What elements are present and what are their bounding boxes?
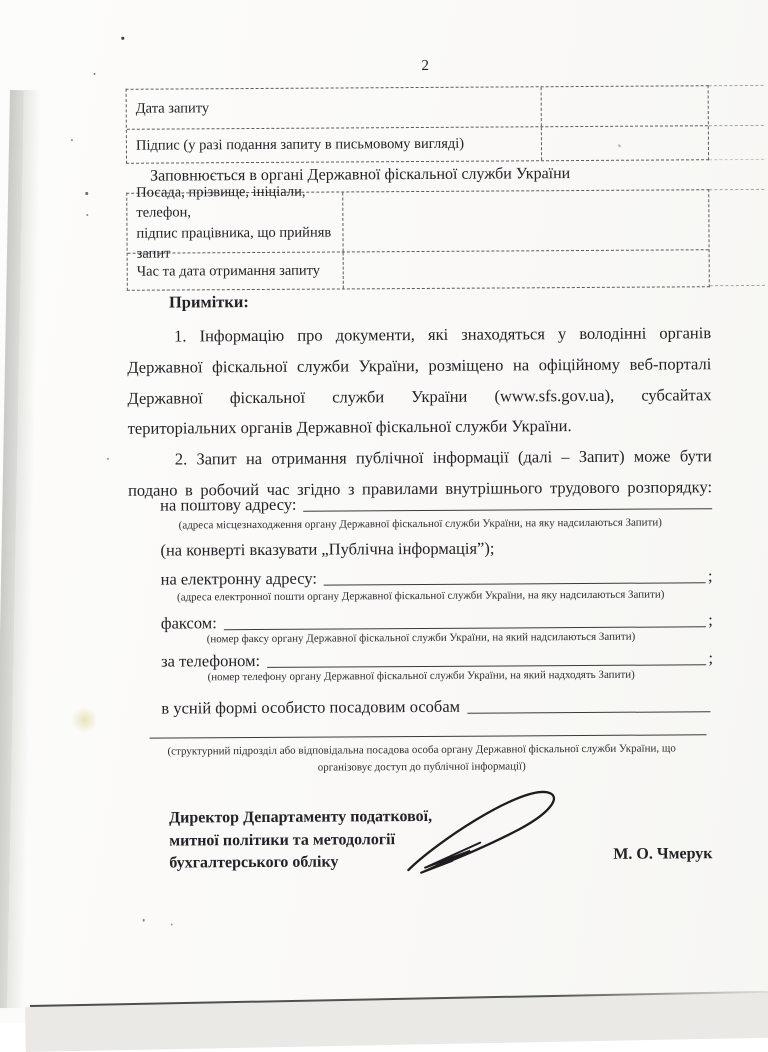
signature-label: Підпис (у разі подання запиту в письмово… bbox=[127, 127, 542, 163]
paragraph-line: Державної фіскальної служби України, роз… bbox=[127, 349, 711, 383]
paragraph-line: територіальних органів Державної фіскаль… bbox=[128, 411, 712, 445]
scan-speck bbox=[143, 919, 145, 922]
paper-stain bbox=[71, 707, 97, 733]
request-table: Дата запиту Підпис (у разі подання запит… bbox=[126, 85, 709, 164]
oral-form-blank-line bbox=[467, 711, 710, 713]
postal-address-label: на поштову адресу: bbox=[160, 495, 303, 516]
email-caption: (адреса електронної пошти органу Державн… bbox=[129, 586, 713, 607]
postal-address-row: на поштову адресу: bbox=[160, 490, 712, 515]
handwritten-signature bbox=[400, 781, 581, 882]
scan-speck bbox=[85, 192, 88, 195]
line-extension bbox=[709, 125, 764, 126]
postal-address-caption: (адреса місцезнаходження органу Державно… bbox=[128, 514, 712, 535]
fax-caption: (номер факсу органу Державної фіскальної… bbox=[129, 628, 713, 649]
signer-position: Директор Департаменту податкової, митної… bbox=[169, 806, 432, 875]
phone-caption: (номер телефону органу Державної фіскаль… bbox=[129, 666, 713, 687]
table-row: Час та дата отримання запиту bbox=[128, 249, 709, 290]
scan-speck bbox=[94, 73, 96, 75]
footer-caption-line: організовує доступ до публічної інформац… bbox=[130, 757, 714, 778]
scan-speck bbox=[86, 214, 88, 216]
scan-speck bbox=[107, 458, 109, 460]
envelope-note: (на конверті вказувати „Публічна інформа… bbox=[160, 539, 494, 561]
oral-form-row: в усній формі особисто посадовим особам bbox=[161, 693, 710, 718]
email-blank-line bbox=[324, 582, 706, 585]
line-extension bbox=[709, 159, 764, 160]
oral-form-label: в усній формі особисто посадовим особам bbox=[161, 697, 467, 719]
officer-info-value-cell bbox=[343, 190, 708, 251]
email-label: на електронну адресу: bbox=[161, 569, 324, 590]
scanned-page: 2 Дата запиту Підпис (у разі подання зап… bbox=[0, 0, 768, 1023]
receipt-datetime-line: Час та дата отримання запиту bbox=[137, 260, 337, 282]
paragraph-line: 2. Запит на отримання публічної інформац… bbox=[128, 441, 712, 475]
page-number: 2 bbox=[421, 58, 429, 75]
scan-speck bbox=[121, 37, 124, 40]
footer-rule bbox=[150, 734, 707, 738]
scan-speck bbox=[71, 139, 73, 141]
table-row: Дата запиту bbox=[127, 86, 708, 129]
page-content: 2 Дата запиту Підпис (у разі подання зап… bbox=[0, 0, 768, 1023]
footer-caption-line: (структурний підрозділ або відповідальна… bbox=[130, 740, 714, 761]
paragraph-line: 1. Інформацію про документи, які знаходя… bbox=[127, 318, 711, 352]
officer-info-label: Посада, прізвище, ініціали, телефон, під… bbox=[127, 192, 343, 252]
officer-info-line1: Посада, прізвище, ініціали, телефон, bbox=[136, 181, 336, 223]
notes-heading: Примітки: bbox=[169, 292, 249, 312]
postal-address-blank-line bbox=[304, 508, 713, 511]
scan-speck bbox=[171, 924, 173, 926]
email-semicolon: ; bbox=[706, 566, 713, 586]
receipt-datetime-value-cell bbox=[344, 250, 709, 288]
signer-name: М. О. Чмерук bbox=[613, 845, 712, 864]
signer-position-line: Директор Департаменту податкової, bbox=[169, 806, 432, 830]
office-table: Посада, прізвище, ініціали, телефон, під… bbox=[126, 189, 710, 291]
line-extension bbox=[710, 285, 765, 286]
line-extension bbox=[709, 189, 764, 190]
line-extension bbox=[709, 85, 764, 86]
signer-position-line: бухгалтерського обліку bbox=[169, 851, 432, 875]
paragraph-line: Державної фіскальної служби України (www… bbox=[127, 380, 711, 414]
signature-value-cell bbox=[542, 126, 708, 160]
note-1-paragraph: 1. Інформацію про документи, які знаходя… bbox=[127, 318, 712, 445]
table-row: Підпис (у разі подання запиту в письмово… bbox=[127, 125, 708, 163]
footer-caption: (структурний підрозділ або відповідальна… bbox=[130, 740, 714, 778]
request-date-value-cell bbox=[542, 86, 708, 126]
request-date-label: Дата запиту bbox=[127, 87, 542, 129]
table-row: Посада, прізвище, ініціали, телефон, під… bbox=[127, 190, 708, 253]
signer-position-line: митної політики та методології bbox=[169, 828, 432, 852]
receipt-datetime-label: Час та дата отримання запиту bbox=[128, 252, 344, 289]
